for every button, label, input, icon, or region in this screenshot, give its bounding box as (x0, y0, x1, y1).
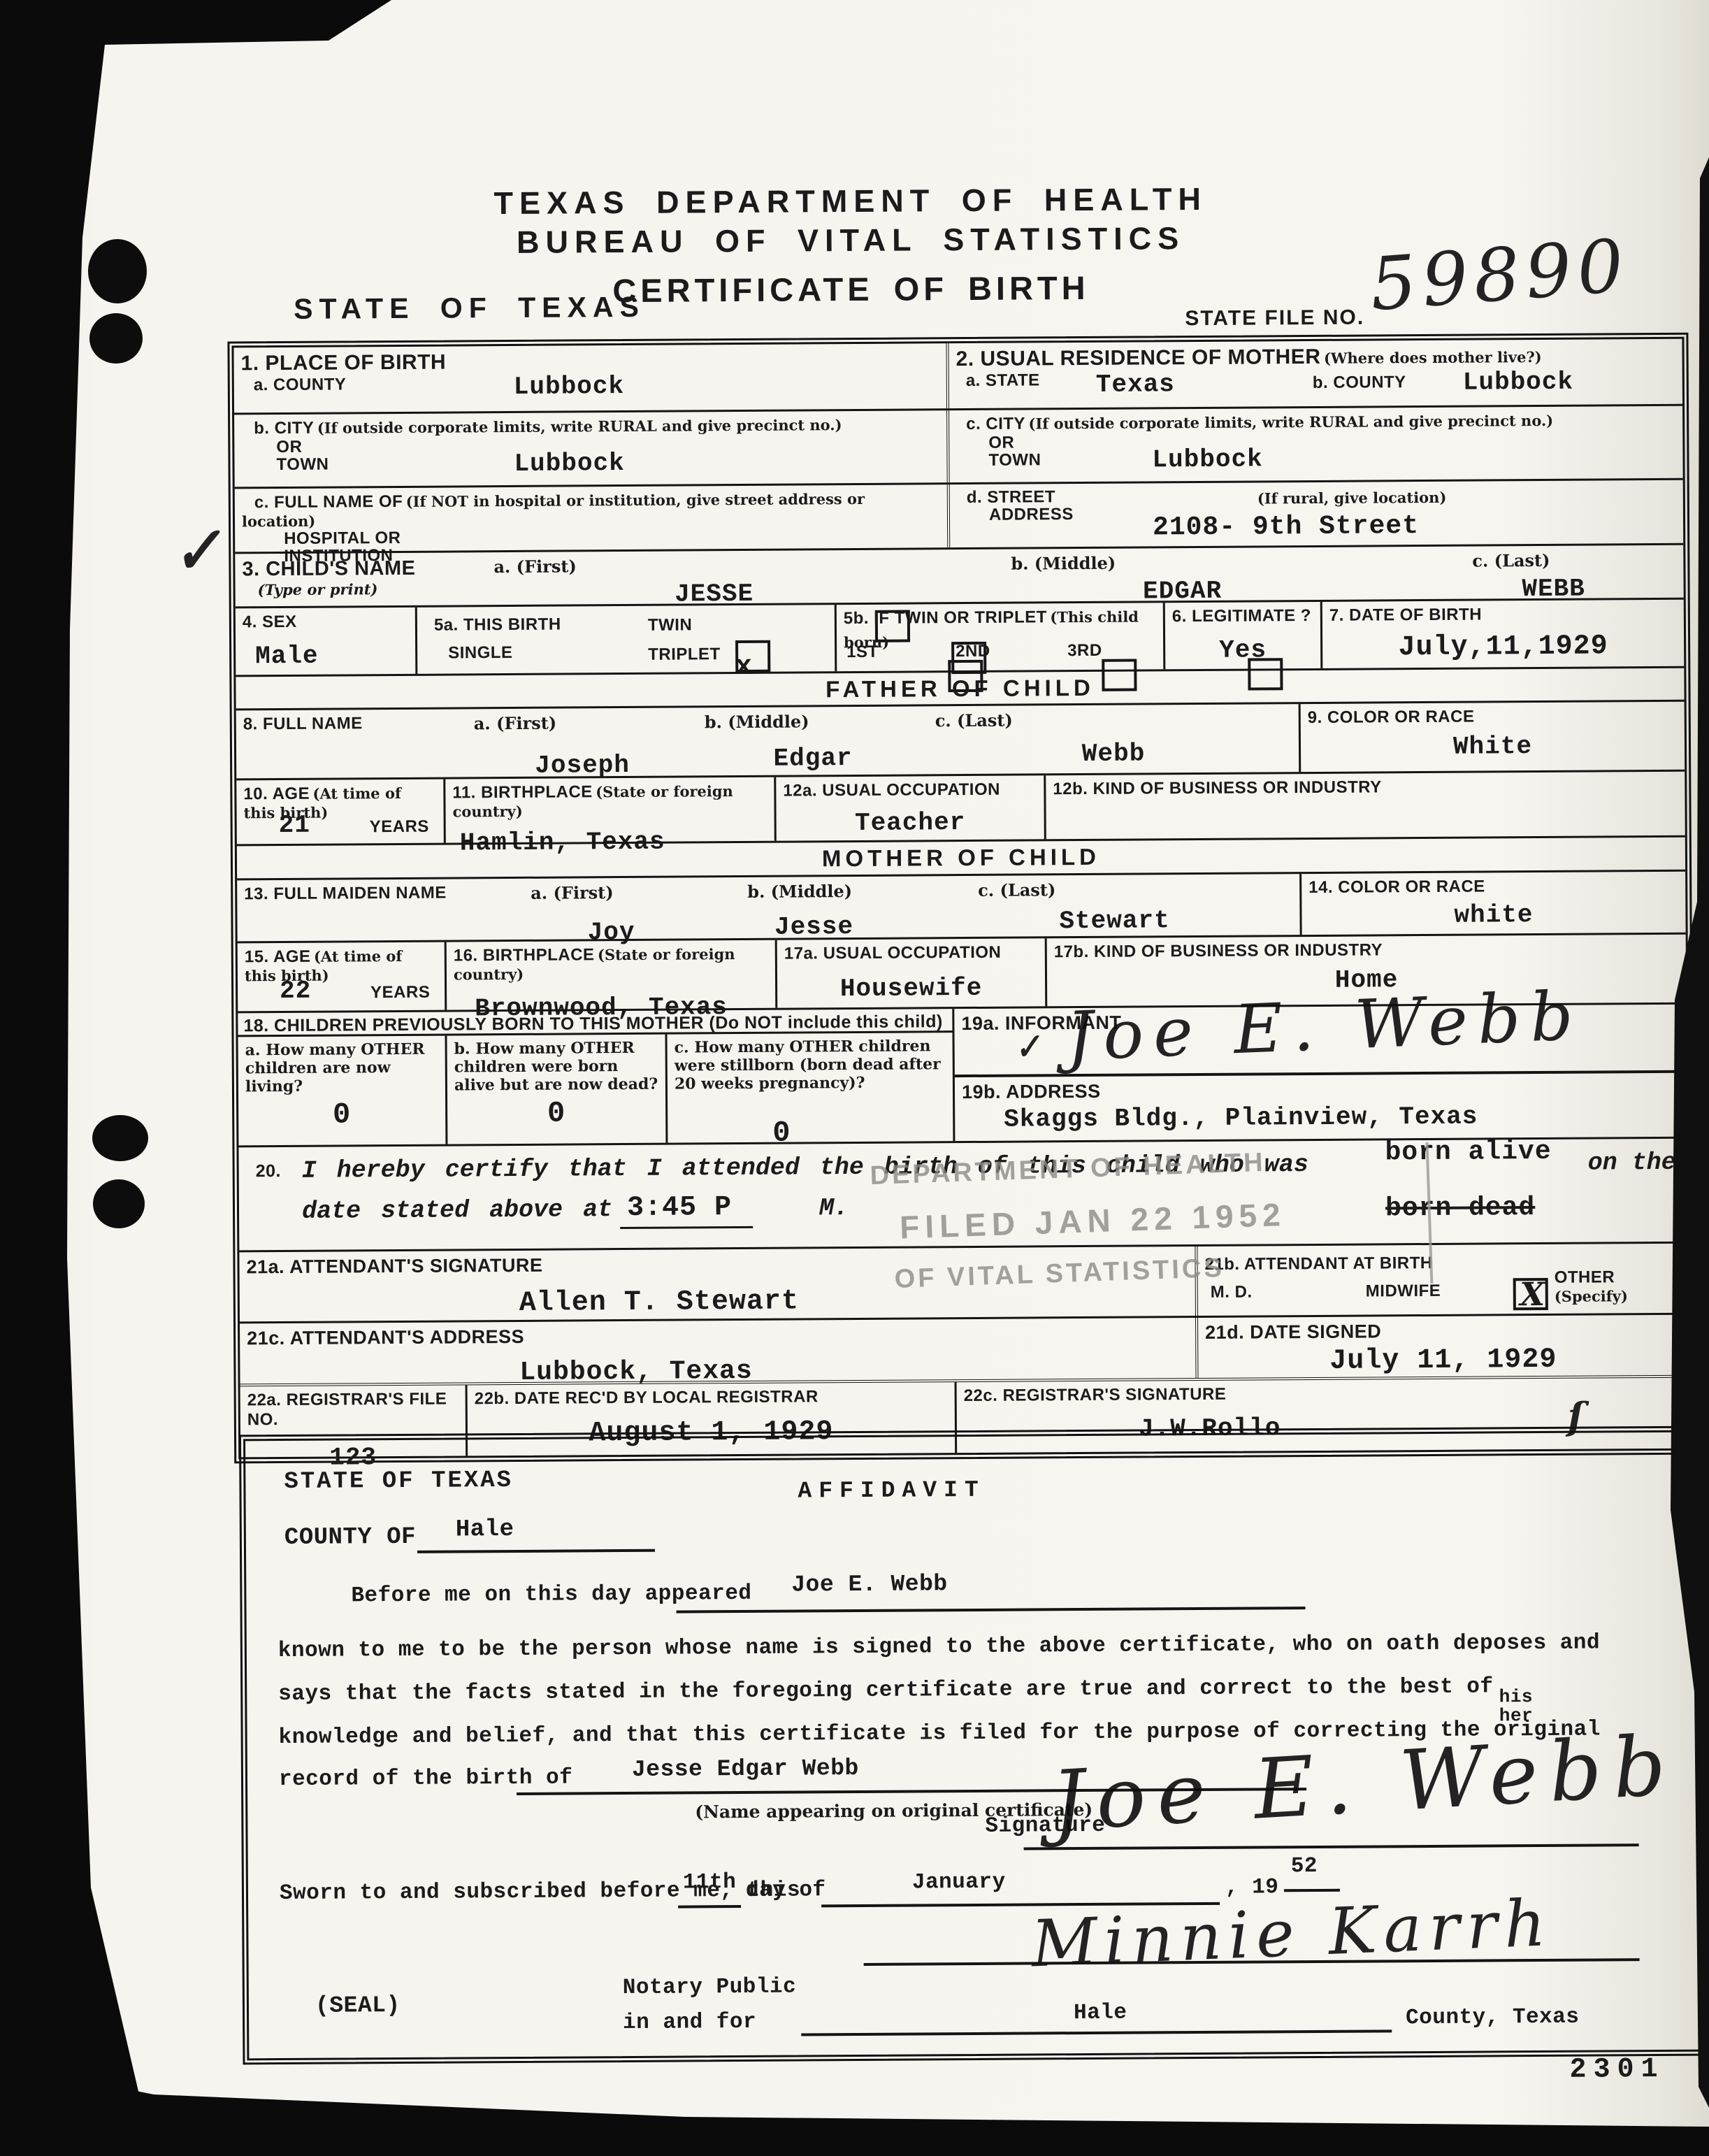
field-twin-triplet: 5b. IF TWIN OR TRIPLET (This child born)… (835, 603, 1164, 671)
other-living-label: a. How many OTHER children are now livin… (245, 1040, 425, 1096)
father-race-label: 9. COLOR OR RACE (1308, 707, 1475, 727)
father-age-years: YEARS (370, 817, 429, 838)
notary-county-texas: County, Texas (1406, 2005, 1580, 2031)
field-father-birthplace: 11. BIRTHPLACE (State or foreign country… (443, 777, 774, 843)
field-father-industry: 12b. KIND OF BUSINESS OR INDUSTRY (1044, 772, 1685, 840)
affidavit-county-value: Hale (456, 1516, 514, 1544)
field-stillborn: c. How many OTHER children were stillbor… (665, 1033, 953, 1143)
row-child-name: 3. CHILD'S NAME (Type or print) a. (Firs… (235, 543, 1683, 607)
state-file-no-label: STATE FILE NO. (1185, 306, 1364, 331)
field-date-signed: 21d. DATE SIGNED July 11, 1929 (1195, 1315, 1689, 1378)
mother-race-label: 14. COLOR OR RACE (1308, 877, 1485, 897)
notary-public-label: Notary Public (623, 1975, 797, 2001)
field-child-middle: b. (Middle) EDGAR (941, 547, 1423, 602)
legitimate-label: 6. LEGITIMATE ? (1172, 606, 1311, 626)
other-dead-value: 0 (454, 1096, 658, 1131)
field-birth-city: b. CITY (If outside corporate limits, wr… (234, 410, 947, 487)
child-middle-label: b. (Middle) (1011, 553, 1116, 574)
notary-in-and-for: in and for (623, 2010, 756, 2035)
birth-city-value: Lubbock (514, 449, 624, 478)
residence-title: 2. USUAL RESIDENCE OF MOTHER (956, 345, 1321, 371)
other-label: OTHER (1555, 1267, 1615, 1288)
row-previous-children-informant: 18. CHILDREN PREVIOUSLY BORN TO THIS MOT… (238, 1002, 1687, 1146)
birth-city-note: (If outside corporate limits, write RURA… (317, 416, 842, 437)
sex-value: Male (255, 642, 319, 671)
row-attendant-address: 21c. ATTENDANT'S ADDRESS Lubbock, Texas … (240, 1313, 1689, 1384)
affidavit-title: AFFIDAVIT (798, 1477, 985, 1504)
informant-address-value: Skaggs Bldg., Plainview, Texas (1004, 1102, 1478, 1134)
twin-option-label: TWIN (648, 615, 692, 635)
residence-title-note: (Where does mother live?) (1324, 348, 1542, 367)
field-mother-race: 14. COLOR OR RACE white (1299, 872, 1686, 935)
field-residence-city: c. CITY (If outside corporate limits, wr… (946, 406, 1683, 482)
triplet-option-label: TRIPLET (648, 645, 721, 665)
father-name-label: 8. FULL NAME (243, 714, 363, 733)
original-name-value: Jesse Edgar Webb (632, 1755, 859, 1783)
field-other-living: a. How many OTHER children are now livin… (238, 1036, 446, 1146)
field-father-first: a. (First) Joseph (467, 707, 698, 777)
certificate-form: 1. PLACE OF BIRTH a. COUNTY Lubbock 2. U… (227, 333, 1695, 1464)
certify-text-2: date stated above at (302, 1195, 612, 1226)
other-specify-note: (Specify) (1555, 1287, 1628, 1305)
date-signed-value: July 11, 1929 (1205, 1344, 1681, 1378)
residence-city-note: (If outside corporate limits, write RURA… (1028, 412, 1553, 433)
sworn-day-line (678, 1905, 741, 1909)
field-legitimate: 6. LEGITIMATE ? Yes (1163, 602, 1321, 669)
field-child-last: c. (Last) WEBB (1423, 545, 1683, 599)
field-informant: 19a. INFORMANT ✓ Joe E. Webb 19b. ADDRES… (952, 1005, 1687, 1141)
field-attendant-address: 21c. ATTENDANT'S ADDRESS Lubbock, Texas (240, 1318, 1195, 1384)
certify-time-value: 3:45 P (620, 1192, 753, 1229)
place-of-birth-title: 1. PLACE OF BIRTH (241, 351, 447, 375)
affidavit-para-2-text: says that the facts stated in the forego… (278, 1674, 1494, 1706)
notary-county-line (801, 2029, 1392, 2036)
attendant-signature-label: 21a. ATTENDANT'S SIGNATURE (246, 1255, 542, 1278)
informant-address-label: 19b. ADDRESS (962, 1081, 1101, 1103)
father-occupation-label: 12a. USUAL OCCUPATION (783, 780, 1000, 800)
attendant-address-label: 21c. ATTENDANT'S ADDRESS (247, 1326, 524, 1349)
street-value: 2108- 9th Street (1153, 511, 1419, 542)
legitimate-value: Yes (1172, 635, 1313, 665)
page-number: 2301 (1569, 2054, 1664, 2086)
hospital-label-1: c. FULL NAME OF (254, 492, 403, 512)
this-birth-label: 5a. THIS BIRTH (434, 615, 561, 635)
residence-state-value: Texas (1096, 370, 1175, 399)
father-birthplace-label: 11. BIRTHPLACE (452, 782, 593, 802)
father-industry-label: 12b. KIND OF BUSINESS OR INDUSTRY (1053, 777, 1381, 798)
field-child-name-label: 3. CHILD'S NAME (Type or print) (235, 552, 486, 606)
single-option-label: SINGLE (448, 643, 513, 663)
field-father-age: 10. AGE (At time of this birth) 21 YEARS (236, 779, 444, 845)
sex-label: 4. SEX (243, 612, 297, 631)
registrar-date-label: 22b. DATE REC'D BY LOCAL REGISTRAR (475, 1387, 819, 1408)
mother-birthplace-label: 16. BIRTHPLACE (454, 945, 595, 965)
residence-state-label: a. STATE (966, 371, 1040, 390)
affidavit-section: STATE OF TEXAS AFFIDAVIT COUNTY OF Hale … (239, 1426, 1708, 2065)
certify-number: 20. (256, 1161, 281, 1181)
field-this-birth: 5a. THIS BIRTH TWIN SINGLE x TRIPLET (415, 605, 835, 674)
row-father-name: 8. FULL NAME a. (First) Joseph b. (Middl… (236, 700, 1685, 779)
notary-county-value: Hale (1074, 2001, 1127, 2025)
birth-county-label: a. COUNTY (254, 375, 347, 394)
father-age-value: 21 (279, 811, 310, 840)
field-mother-first: a. (First) Joy (524, 877, 699, 940)
street-note: (If rural, give location) (1257, 489, 1447, 508)
mother-age-label: 15. AGE (245, 947, 311, 967)
mother-middle-label: b. (Middle) (747, 881, 852, 902)
sworn-year-line (1284, 1889, 1340, 1892)
child-last-label: c. (Last) (1472, 550, 1550, 571)
other-dead-label: b. How many OTHER children were born ali… (454, 1039, 658, 1095)
notary-signature: Minnie Karrh (1030, 1885, 1554, 1982)
informant-signature-line (955, 1070, 1681, 1077)
birth-county-value: Lubbock (514, 372, 624, 401)
father-middle-value: Edgar (705, 743, 921, 773)
birth-city-label: b. CITY (254, 419, 314, 438)
field-place-of-birth: 1. PLACE OF BIRTH a. COUNTY Lubbock (233, 343, 946, 412)
father-first-label: a. (First) (474, 713, 557, 734)
previous-children-columns: a. How many OTHER children are now livin… (238, 1033, 953, 1145)
state-of-texas-heading: STATE OF TEXAS (294, 291, 645, 326)
previous-children-title: 18. CHILDREN PREVIOUSLY BORN TO THIS MOT… (243, 1012, 943, 1035)
father-occupation-value: Teacher (784, 807, 1037, 838)
field-previous-children: 18. CHILDREN PREVIOUSLY BORN TO THIS MOT… (238, 1009, 953, 1145)
appeared-value: Joe E. Webb (791, 1571, 948, 1597)
registrar-file-label: 22a. REGISTRAR'S FILE NO. (247, 1390, 447, 1430)
child-name-title: 3. CHILD'S NAME (242, 557, 415, 581)
mother-last-value: Stewart (936, 905, 1292, 936)
row-mother-name: 13. FULL MAIDEN NAME a. (First) Joy b. (… (237, 870, 1686, 942)
other-living-value: 0 (245, 1098, 438, 1133)
affidavit-county-line (417, 1549, 655, 1553)
affidavit-state: STATE OF TEXAS (284, 1467, 513, 1495)
affidavit-para-4: record of the birth of (279, 1765, 572, 1792)
field-father-occupation: 12a. USUAL OCCUPATION Teacher (774, 775, 1044, 840)
registrar-signature-label: 22c. REGISTRAR'S SIGNATURE (964, 1385, 1227, 1405)
field-mother-middle: b. (Middle) Jesse (698, 876, 930, 938)
residence-city-town: TOWN (988, 447, 1675, 469)
field-father-race: 9. COLOR OR RACE White (1299, 702, 1685, 772)
mother-occupation-value: Housewife (784, 973, 1038, 1003)
page-title-dept: TEXAS DEPARTMENT OF HEALTH (0, 178, 1705, 225)
row-father-age: 10. AGE (At time of this birth) 21 YEARS… (236, 770, 1685, 845)
document-page: TEXAS DEPARTMENT OF HEALTH BUREAU OF VIT… (0, 0, 1709, 2156)
field-father-middle: b. (Middle) Edgar (698, 706, 929, 775)
mother-occupation-label: 17a. USUAL OCCUPATION (784, 943, 1002, 963)
seal-label: (SEAL) (315, 1992, 401, 2019)
sworn-text-2: day of (746, 1878, 826, 1903)
field-hospital: c. FULL NAME OF (If NOT in hospital or i… (235, 484, 948, 552)
field-mother-last: c. (Last) Stewart (929, 874, 1300, 937)
mother-last-label: c. (Last) (978, 879, 1055, 900)
residence-county-label: b. COUNTY (1313, 373, 1406, 393)
father-last-value: Webb (935, 738, 1292, 769)
field-mother-birthplace: 16. BIRTHPLACE (State or foreign country… (445, 940, 776, 1010)
date-signed-label: 21d. DATE SIGNED (1205, 1321, 1381, 1343)
father-middle-label: b. (Middle) (705, 711, 809, 732)
margin-checkmark: ✓ (168, 513, 226, 589)
row-place-county: 1. PLACE OF BIRTH a. COUNTY Lubbock 2. U… (233, 339, 1682, 413)
field-street-address: d. STREET ADDRESS (If rural, give locati… (947, 480, 1684, 547)
mother-race-value: white (1308, 900, 1678, 930)
father-age-label: 10. AGE (243, 784, 310, 804)
affidavit-para-1: known to me to be the person whose name … (278, 1631, 1600, 1664)
mother-industry-label: 17b. KIND OF BUSINESS OR INDUSTRY (1054, 940, 1383, 961)
residence-county-value: Lubbock (1463, 368, 1573, 397)
stillborn-label: c. How many OTHER children were stillbor… (675, 1037, 941, 1093)
child-first-label: a. (First) (493, 556, 577, 577)
certify-m: M. (819, 1194, 849, 1222)
third-born-label: 3RD (1067, 641, 1102, 661)
his-word: his (1499, 1688, 1533, 1707)
child-name-note: (Type or print) (258, 580, 378, 598)
mother-first-label: a. (First) (531, 882, 614, 903)
mother-age-value: 22 (280, 977, 311, 1005)
md-checkbox-mark: X (1520, 1275, 1545, 1313)
field-date-of-birth: 7. DATE OF BIRTH July,11,1929 (1320, 600, 1685, 668)
dob-value: July,11,1929 (1329, 631, 1677, 664)
row-sex-birth-details: 4. SEX Male 5a. THIS BIRTH TWIN SINGLE x… (236, 598, 1685, 675)
field-mother-name-label: 13. FULL MAIDEN NAME (237, 879, 524, 942)
sworn-month: January (912, 1870, 1006, 1895)
scanned-birth-certificate: { "colors": {"ink": "#1b1b1b", "paper": … (0, 0, 1709, 2156)
sworn-year: 52 (1291, 1854, 1318, 1878)
field-father-last: c. (Last) Webb (928, 704, 1299, 774)
mother-name-label: 13. FULL MAIDEN NAME (244, 884, 447, 904)
field-child-first: a. (First) JESSE (486, 549, 941, 605)
field-father-name-label: 8. FULL NAME (236, 709, 468, 778)
appeared-label: Before me on this day appeared (351, 1581, 751, 1609)
residence-city-value: Lubbock (1152, 445, 1262, 474)
mother-age-years: YEARS (370, 983, 430, 1003)
first-born-label: 1ST (846, 642, 879, 662)
filing-stamp: DEPARTMENT OF HEALTH FILED JAN 22 1952 O… (870, 1142, 1433, 1302)
field-residence-of-mother: 2. USUAL RESIDENCE OF MOTHER (Where does… (946, 339, 1682, 408)
father-race-value: White (1308, 731, 1678, 762)
residence-city-label: c. CITY (966, 414, 1025, 433)
second-born-label: 2ND (956, 642, 990, 661)
sworn-day: 11th (683, 1870, 737, 1895)
md-checkbox: X (1513, 1278, 1548, 1310)
stamp-line-2: FILED JAN 22 1952 (899, 1191, 1410, 1246)
affidavit-county-label: COUNTY OF (284, 1524, 416, 1551)
field-sex: 4. SEX Male (236, 608, 416, 675)
father-last-label: c. (Last) (935, 710, 1013, 731)
dob-label: 7. DATE OF BIRTH (1329, 605, 1482, 625)
row-hospital-street: c. FULL NAME OF (If NOT in hospital or i… (235, 478, 1684, 552)
field-mother-age: 15. AGE (At time of this birth) 22 YEARS (238, 942, 445, 1012)
certify-on-the: on the (1588, 1149, 1676, 1177)
appeared-line (677, 1607, 1306, 1613)
row-city: b. CITY (If outside corporate limits, wr… (234, 404, 1683, 487)
field-mother-occupation: 17a. USUAL OCCUPATION Housewife (775, 938, 1046, 1007)
single-checkbox: x (735, 640, 770, 673)
field-other-dead: b. How many OTHER children were born ali… (445, 1035, 666, 1144)
twin-triplet-label: 5b. IF TWIN OR TRIPLET (844, 608, 1047, 628)
